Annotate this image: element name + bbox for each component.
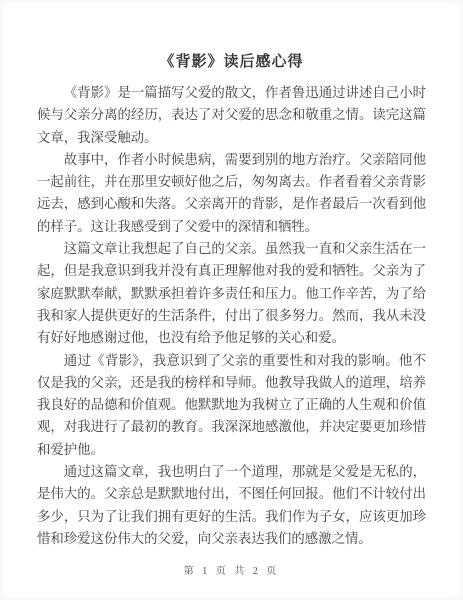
paragraph-2: 故事中，作者小时候患病，需要到别的地方治疗。父亲陪同他一起前往，并在那里安顿好他… xyxy=(37,149,426,238)
paragraph-4: 通过《背影》，我意识到了父亲的重要性和对我的影响。他不仅是我的父亲，还是我的榜样… xyxy=(37,350,426,461)
paragraph-5: 通过这篇文章，我也明白了一个道理，那就是父爱是无私的，是伟大的。父亲总是默默地付… xyxy=(37,461,426,550)
document-body: 《背影》是一篇描写父爱的散文，作者鲁迅通过讲述自己小时候与父亲分离的经历，表达了… xyxy=(0,82,463,550)
page-number-footer: 第 1 页 共 2 页 xyxy=(0,562,463,577)
document-title: 《背影》读后感心得 xyxy=(0,0,463,82)
paragraph-3: 这篇文章让我想起了自己的父亲。虽然我一直和父亲生活在一起，但是我意识到我并没有真… xyxy=(37,238,426,349)
paragraph-1: 《背影》是一篇描写父爱的散文，作者鲁迅通过讲述自己小时候与父亲分离的经历，表达了… xyxy=(37,82,426,149)
document-page: 《背影》读后感心得 《背影》是一篇描写父爱的散文，作者鲁迅通过讲述自己小时候与父… xyxy=(0,0,463,600)
